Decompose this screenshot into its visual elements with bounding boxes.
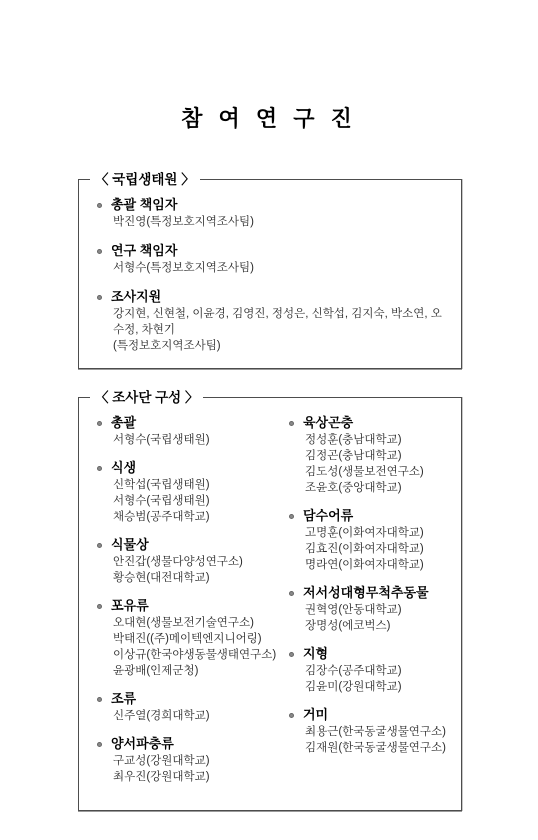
bullet-icon <box>289 652 294 657</box>
bullet-icon <box>97 203 102 208</box>
bullet-icon <box>97 697 102 702</box>
member-line: 김정곤(충남대학교) <box>305 448 447 464</box>
member-line: 윤광배(인제군청) <box>113 663 289 679</box>
member-line: 이상규(한국야생동물생태연구소) <box>113 647 289 663</box>
member-line: 고명훈(이화여자대학교) <box>305 525 447 541</box>
member-line: 강지현, 신현철, 이윤경, 김영진, 정성은, 신학섭, 김지숙, 박소연, … <box>113 306 447 338</box>
group-survey-support: 조사지원 강지현, 신현철, 이윤경, 김영진, 정성은, 신학섭, 김지숙, … <box>97 288 447 354</box>
member-line: 김윤미(강원대학교) <box>305 679 447 695</box>
member-line: 명라연(이화여자대학교) <box>305 557 447 573</box>
member-line: 신학섭(국립생태원) <box>113 477 289 493</box>
member-line: 서형수(특정보호지역조사팀) <box>113 260 447 276</box>
member-line: 채승범(공주대학교) <box>113 509 289 525</box>
group-topography: 지형 김장수(공주대학교) 김윤미(강원대학교) <box>289 645 447 695</box>
bullet-icon <box>289 591 294 596</box>
group-herptiles: 양서파충류 구교성(강원대학교) 최우진(강원대학교) <box>97 735 289 785</box>
member-line: 장명성(에코벅스) <box>305 618 447 634</box>
member-line: 신주열(경희대학교) <box>113 708 289 724</box>
group-heading: 조사지원 <box>111 288 161 306</box>
group-heading: 양서파충류 <box>111 735 174 753</box>
group-general-manager: 총괄 책임자 박진영(특정보호지역조사팀) <box>97 196 447 230</box>
group-freshwater-fish: 담수어류 고명훈(이화여자대학교) 김효진(이화여자대학교) 명라연(이화여자대… <box>289 507 447 573</box>
member-line: 최용근(한국동굴생물연구소) <box>305 724 447 740</box>
member-line: 박태진((주)메이텍엔지니어링) <box>113 631 289 647</box>
bullet-icon <box>97 742 102 747</box>
member-line: 정성훈(충남대학교) <box>305 432 447 448</box>
group-heading: 저서성대형무척추동물 <box>303 584 429 602</box>
member-line: 권혁영(안동대학교) <box>305 602 447 618</box>
page-title: 참 여 연 구 진 <box>0 0 538 133</box>
group-heading: 식물상 <box>111 536 149 554</box>
group-heading: 육상곤충 <box>303 414 353 432</box>
bullet-icon <box>97 295 102 300</box>
group-flora: 식물상 안진갑(생물다양성연구소) 황승현(대전대학교) <box>97 536 289 586</box>
member-line: 김도성(생물보전연구소) <box>305 464 447 480</box>
member-line: 서형수(국립생태원) <box>113 432 289 448</box>
group-overall: 총괄 서형수(국립생태원) <box>97 414 289 448</box>
group-birds: 조류 신주열(경희대학교) <box>97 690 289 724</box>
group-terrestrial-insects: 육상곤충 정성훈(충남대학교) 김정곤(충남대학교) 김도성(생물보전연구소) … <box>289 414 447 496</box>
bullet-icon <box>97 421 102 426</box>
bullet-icon <box>289 713 294 718</box>
bullet-icon <box>289 514 294 519</box>
member-line: 김효진(이화여자대학교) <box>305 541 447 557</box>
member-line: 황승현(대전대학교) <box>113 570 289 586</box>
section-team-box: 〈 조사단 구성 〉 총괄 서형수(국립생태원) 식생 신학섭(국립생태원) <box>78 397 462 811</box>
member-line: 구교성(강원대학교) <box>113 753 289 769</box>
section-team-label: 〈 조사단 구성 〉 <box>90 388 203 407</box>
group-vegetation: 식생 신학섭(국립생태원) 서형수(국립생태원) 채승범(공주대학교) <box>97 459 289 525</box>
member-line: 박진영(특정보호지역조사팀) <box>113 214 447 230</box>
group-heading: 지형 <box>303 645 328 663</box>
group-research-manager: 연구 책임자 서형수(특정보호지역조사팀) <box>97 242 447 276</box>
member-line: 안진갑(생물다양성연구소) <box>113 554 289 570</box>
member-line: 서형수(국립생태원) <box>113 493 289 509</box>
group-spiders: 거미 최용근(한국동굴생물연구소) 김재원(한국동굴생물연구소) <box>289 706 447 756</box>
group-heading: 담수어류 <box>303 507 353 525</box>
team-left-column: 총괄 서형수(국립생태원) 식생 신학섭(국립생태원) 서형수(국립생태원) 채… <box>97 414 289 796</box>
member-line: 김장수(공주대학교) <box>305 663 447 679</box>
group-heading: 조류 <box>111 690 136 708</box>
group-heading: 총괄 책임자 <box>111 196 177 214</box>
member-line: 조윤호(중앙대학교) <box>305 480 447 496</box>
group-mammals: 포유류 오대현(생물보전기술연구소) 박태진((주)메이텍엔지니어링) 이상규(… <box>97 597 289 679</box>
group-heading: 거미 <box>303 706 328 724</box>
group-heading: 식생 <box>111 459 136 477</box>
group-heading: 포유류 <box>111 597 149 615</box>
member-line: (특정보호지역조사팀) <box>113 338 447 354</box>
section-natinst-label: 〈 국립생태원 〉 <box>90 170 200 189</box>
bullet-icon <box>97 604 102 609</box>
section-natinst-box: 〈 국립생태원 〉 총괄 책임자 박진영(특정보호지역조사팀) 연구 책임자 서… <box>78 179 462 369</box>
group-heading: 연구 책임자 <box>111 242 177 260</box>
group-benthic-invertebrates: 저서성대형무척추동물 권혁영(안동대학교) 장명성(에코벅스) <box>289 584 447 634</box>
member-line: 최우진(강원대학교) <box>113 769 289 785</box>
team-right-column: 육상곤충 정성훈(충남대학교) 김정곤(충남대학교) 김도성(생물보전연구소) … <box>289 414 447 796</box>
bullet-icon <box>97 543 102 548</box>
bullet-icon <box>97 466 102 471</box>
bullet-icon <box>97 249 102 254</box>
member-line: 김재원(한국동굴생물연구소) <box>305 740 447 756</box>
bullet-icon <box>289 421 294 426</box>
group-heading: 총괄 <box>111 414 136 432</box>
member-line: 오대현(생물보전기술연구소) <box>113 615 289 631</box>
